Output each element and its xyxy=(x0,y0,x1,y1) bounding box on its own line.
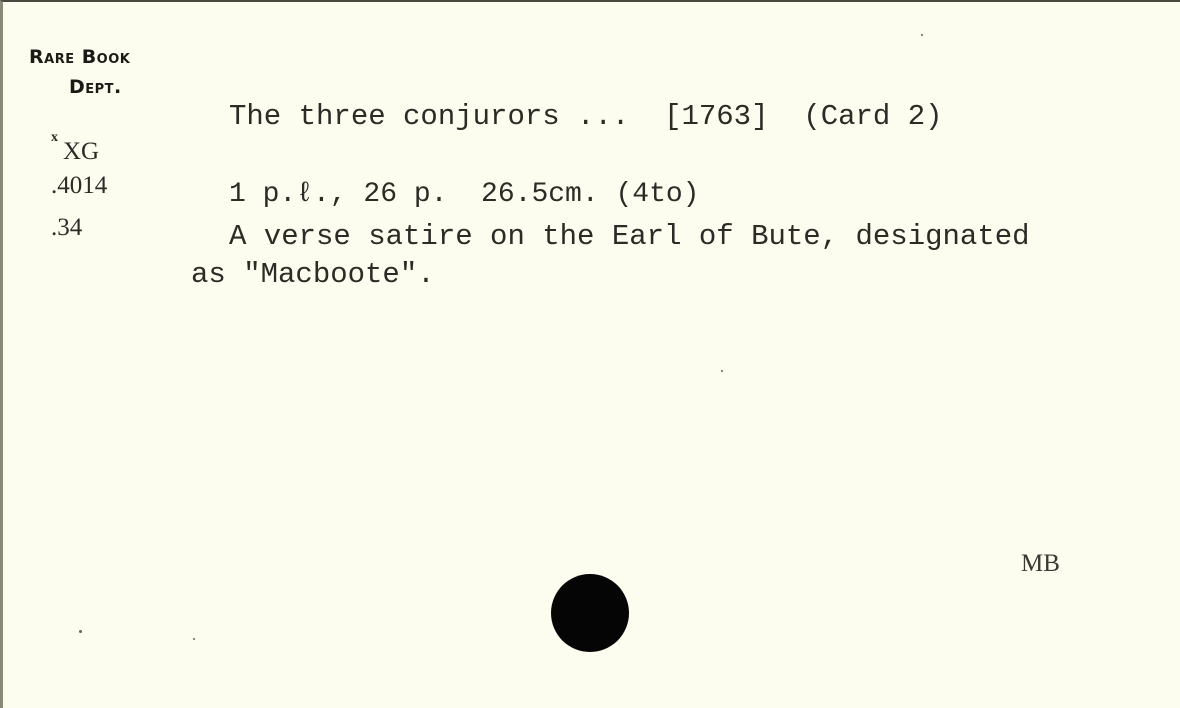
cataloger-initials: MB xyxy=(1021,550,1060,578)
dept-stamp-line1: Rare Book xyxy=(29,46,130,68)
call-number-class: XG xyxy=(63,138,99,166)
call-number-mark: x xyxy=(51,130,58,146)
call-number-number: .4014 xyxy=(51,172,107,200)
catalog-card: Rare Book Dept. x XG .4014 .34 The three… xyxy=(0,0,1180,708)
note-line-2: as "Macboote". xyxy=(191,258,435,291)
punch-hole xyxy=(551,574,629,652)
paper-speck xyxy=(193,638,195,640)
title-line: The three conjurors ... [1763] (Card 2) xyxy=(229,100,943,133)
note-line-1: A verse satire on the Earl of Bute, desi… xyxy=(229,220,1030,253)
paper-speck xyxy=(79,630,82,633)
collation: 1 p.ℓ., 26 p. 26.5cm. (4to) xyxy=(229,179,699,210)
call-number-cutter: .34 xyxy=(51,214,82,242)
paper-speck xyxy=(721,370,723,372)
dept-stamp-line2: Dept. xyxy=(69,76,122,98)
paper-speck xyxy=(921,34,923,36)
